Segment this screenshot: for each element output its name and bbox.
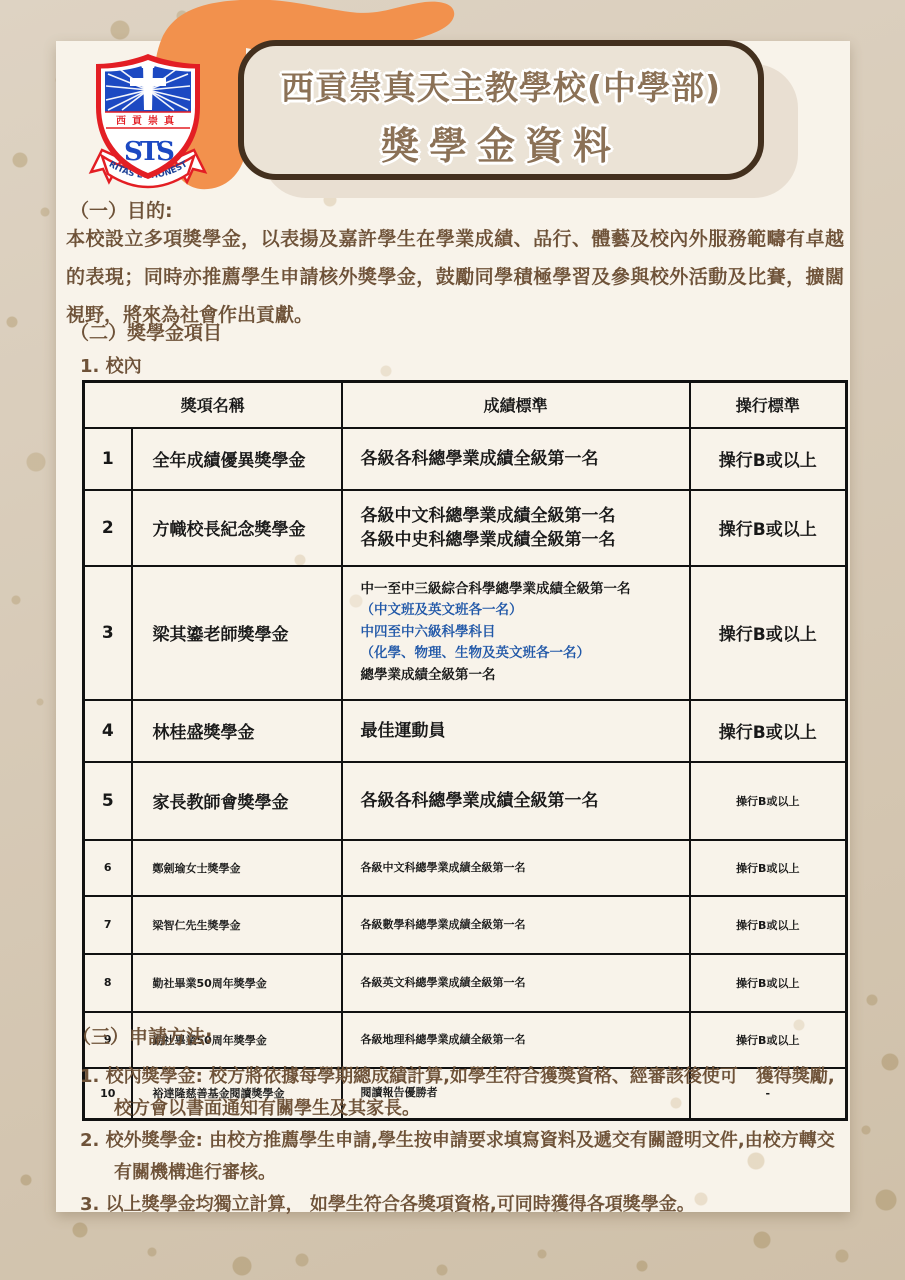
- table-row: 1全年成績優異獎學金各級各科總學業成績全級第一名操行B或以上: [84, 428, 847, 490]
- conduct-criteria: 操行B或以上: [690, 700, 847, 762]
- conduct-criteria: 操行B或以上: [690, 954, 847, 1012]
- conduct-criteria: 操行B或以上: [690, 762, 847, 840]
- row-number: 3: [84, 566, 132, 700]
- award-name: 方幟校長紀念獎學金: [132, 490, 342, 566]
- table-row: 3梁其鎏老師獎學金中一至中三級綜合科學總學業成績全級第一名（中文班及英文班各一名…: [84, 566, 847, 700]
- grade-criteria: 各級英文科總學業成績全級第一名: [342, 954, 690, 1012]
- crest-monogram: STS: [124, 137, 174, 167]
- table-row: 8勤社畢業50周年獎學金各級英文科總學業成績全級第一名操行B或以上: [84, 954, 847, 1012]
- apply-line: 1. 校內獎學金: 校方將依據每學期總成績計算,如學生符合獲獎資格、經審該後使可…: [80, 1061, 852, 1093]
- criteria-line: （中文班及英文班各一名）: [361, 600, 688, 622]
- row-number: 6: [84, 840, 132, 896]
- row-number: 7: [84, 896, 132, 954]
- school-name: 西貢崇真天主教學校(中學部): [244, 62, 758, 109]
- column-header: 獎項名稱: [84, 382, 342, 428]
- conduct-criteria: 操行B或以上: [690, 490, 847, 566]
- apply-heading: （三）申請方法:: [72, 1022, 852, 1049]
- apply-line: 2. 校外獎學金: 由校方推薦學生申請,學生按申請要求填寫資料及遞交有關證明文件…: [80, 1125, 852, 1157]
- criteria-line: 各級各科總學業成績全級第一名: [361, 447, 688, 471]
- table-row: 4林桂盛獎學金最佳運動員操行B或以上: [84, 700, 847, 762]
- award-name: 全年成績優異獎學金: [132, 428, 342, 490]
- column-header: 操行標準: [690, 382, 847, 428]
- criteria-line: 總學業成績全級第一名: [361, 665, 688, 687]
- award-name: 鄭劍瑜女士獎學金: [132, 840, 342, 896]
- row-number: 8: [84, 954, 132, 1012]
- grade-criteria: 各級中文科總學業成績全級第一名各級中史科總學業成績全級第一名: [342, 490, 690, 566]
- criteria-line: 各級中文科總學業成績全級第一名: [361, 504, 688, 528]
- row-number: 2: [84, 490, 132, 566]
- table-row: 7梁智仁先生獎學金各級數學科總學業成績全級第一名操行B或以上: [84, 896, 847, 954]
- criteria-line: 中四至中六級科學科目: [361, 622, 688, 644]
- grade-criteria: 各級數學科總學業成績全級第一名: [342, 896, 690, 954]
- criteria-line: 各級數學科總學業成績全級第一名: [361, 913, 688, 937]
- scholarship-table: 獎項名稱成績標準操行標準1全年成績優異獎學金各級各科總學業成績全級第一名操行B或…: [82, 380, 848, 1121]
- grade-criteria: 各級各科總學業成績全級第一名: [342, 762, 690, 840]
- apply-line: 3. 以上獎學金均獨立計算， 如學生符合各獎項資格,可同時獲得各項獎學金。: [80, 1189, 852, 1221]
- conduct-criteria: 操行B或以上: [690, 428, 847, 490]
- school-crest: VERITAS ET HONESTAS 西貢崇真 STS: [86, 52, 210, 192]
- apply-section: （三）申請方法: 1. 校內獎學金: 校方將依據每學期總成績計算,如學生符合獲獎…: [66, 1022, 852, 1221]
- criteria-line: 各級各科總學業成績全級第一名: [361, 789, 688, 813]
- conduct-criteria: 操行B或以上: [690, 566, 847, 700]
- criteria-line: 中一至中三級綜合科學總學業成績全級第一名: [361, 579, 688, 601]
- grade-criteria: 最佳運動員: [342, 700, 690, 762]
- apply-line: 有關機構進行審核。: [114, 1157, 852, 1189]
- page-background: 西貢崇真天主教學校(中學部) 獎學金資料 VERITAS ET HONESTAS: [0, 0, 905, 1280]
- grade-criteria: 各級中文科總學業成績全級第一名: [342, 840, 690, 896]
- purpose-heading: （一）目的:: [70, 196, 173, 223]
- criteria-line: （化學、物理、生物及英文班各一名）: [361, 643, 688, 665]
- doc-title: 獎學金資料: [244, 115, 758, 170]
- table-row: 5家長教師會獎學金各級各科總學業成績全級第一名操行B或以上: [84, 762, 847, 840]
- award-name: 林桂盛獎學金: [132, 700, 342, 762]
- table-row: 6鄭劍瑜女士獎學金各級中文科總學業成績全級第一名操行B或以上: [84, 840, 847, 896]
- row-number: 5: [84, 762, 132, 840]
- conduct-criteria: 操行B或以上: [690, 840, 847, 896]
- items-subheading: 1. 校內: [80, 352, 142, 378]
- award-name: 勤社畢業50周年獎學金: [132, 954, 342, 1012]
- conduct-criteria: 操行B或以上: [690, 896, 847, 954]
- award-name: 家長教師會獎學金: [132, 762, 342, 840]
- award-name: 梁其鎏老師獎學金: [132, 566, 342, 700]
- table-row: 2方幟校長紀念獎學金各級中文科總學業成績全級第一名各級中史科總學業成績全級第一名…: [84, 490, 847, 566]
- row-number: 1: [84, 428, 132, 490]
- items-heading: （二）獎學金項目: [70, 318, 222, 345]
- criteria-line: 各級英文科總學業成績全級第一名: [361, 971, 688, 995]
- crest-band-text: 西貢崇真: [116, 114, 180, 127]
- column-header: 成績標準: [342, 382, 690, 428]
- grade-criteria: 中一至中三級綜合科學總學業成績全級第一名（中文班及英文班各一名）中四至中六級科學…: [342, 566, 690, 700]
- purpose-paragraph: 本校設立多項獎學金，以表揚及嘉許學生在學業成績、品行、體藝及校內外服務範疇有卓越…: [66, 220, 844, 334]
- criteria-line: 各級中史科總學業成績全級第一名: [361, 528, 688, 552]
- award-name: 梁智仁先生獎學金: [132, 896, 342, 954]
- criteria-line: 各級中文科總學業成績全級第一名: [361, 856, 688, 880]
- criteria-line: 最佳運動員: [361, 719, 688, 743]
- apply-line: 校方會以書面通知有關學生及其家長。: [114, 1093, 852, 1125]
- grade-criteria: 各級各科總學業成績全級第一名: [342, 428, 690, 490]
- row-number: 4: [84, 700, 132, 762]
- title-box: 西貢崇真天主教學校(中學部) 獎學金資料: [238, 40, 764, 180]
